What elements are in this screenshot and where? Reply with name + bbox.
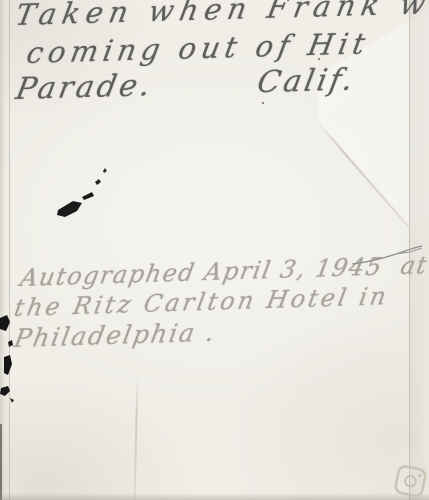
note-line: Philadelphia .: [12, 317, 219, 353]
pencil-scratch-line: [350, 242, 424, 268]
photo-back-scan: Taken when Frank was coming out of Hit P…: [0, 0, 429, 500]
vertical-crease: [133, 376, 138, 500]
photo-stamp-icon: [388, 455, 429, 500]
paper-speck: [318, 58, 320, 60]
ink-blot-mark: [46, 164, 112, 228]
note-line: Parade. Calif.: [13, 62, 359, 107]
scan-left-edge-shadow: [0, 424, 2, 500]
paper-speck: [262, 102, 264, 104]
diagonal-crease: [314, 119, 409, 227]
photo-bottom-edge: [0, 493, 429, 500]
left-edge-ink-blots: [0, 312, 22, 408]
